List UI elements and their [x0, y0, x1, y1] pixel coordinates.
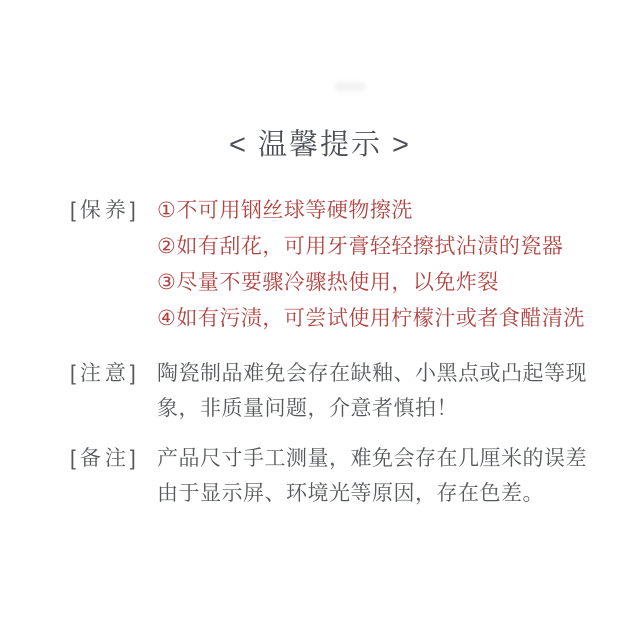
faint-watermark-smudge: [334, 82, 366, 91]
section-remark-label: [备注]: [70, 441, 140, 476]
section-notice-label: [注意]: [70, 356, 140, 391]
remark-line-1: 产品尺寸手工测量，难免会存在几厘米的误差: [157, 441, 587, 476]
warm-tips-card: < 温馨提示 > [保养] ①不可用钢丝球等硬物擦洗 ②如有刮花，可用牙膏轻轻擦…: [0, 0, 640, 640]
notice-line-2: 象，非质量问题，介意者慎拍！: [157, 391, 587, 426]
notice-line-1: 陶瓷制品难免会存在缺釉、小黑点或凸起等现: [157, 356, 587, 391]
section-notice-content: 陶瓷制品难免会存在缺釉、小黑点或凸起等现 象，非质量问题，介意者慎拍！: [157, 356, 587, 426]
care-item-1: ①不可用钢丝球等硬物擦洗: [157, 193, 585, 229]
section-care-label: [保养]: [70, 193, 140, 229]
remark-line-2: 由于显示屏、环境光等原因，存在色差。: [157, 476, 587, 511]
section-remark-content: 产品尺寸手工测量，难免会存在几厘米的误差 由于显示屏、环境光等原因，存在色差。: [157, 441, 587, 511]
care-item-2: ②如有刮花，可用牙膏轻轻擦拭沾渍的瓷器: [157, 229, 585, 265]
care-item-3: ③尽量不要骤冷骤热使用，以免炸裂: [157, 265, 585, 301]
care-item-4: ④如有污渍，可尝试使用柠檬汁或者食醋清洗: [157, 301, 585, 337]
section-care-content: ①不可用钢丝球等硬物擦洗 ②如有刮花，可用牙膏轻轻擦拭沾渍的瓷器 ③尽量不要骤冷…: [157, 193, 585, 337]
page-title: < 温馨提示 >: [0, 126, 640, 164]
